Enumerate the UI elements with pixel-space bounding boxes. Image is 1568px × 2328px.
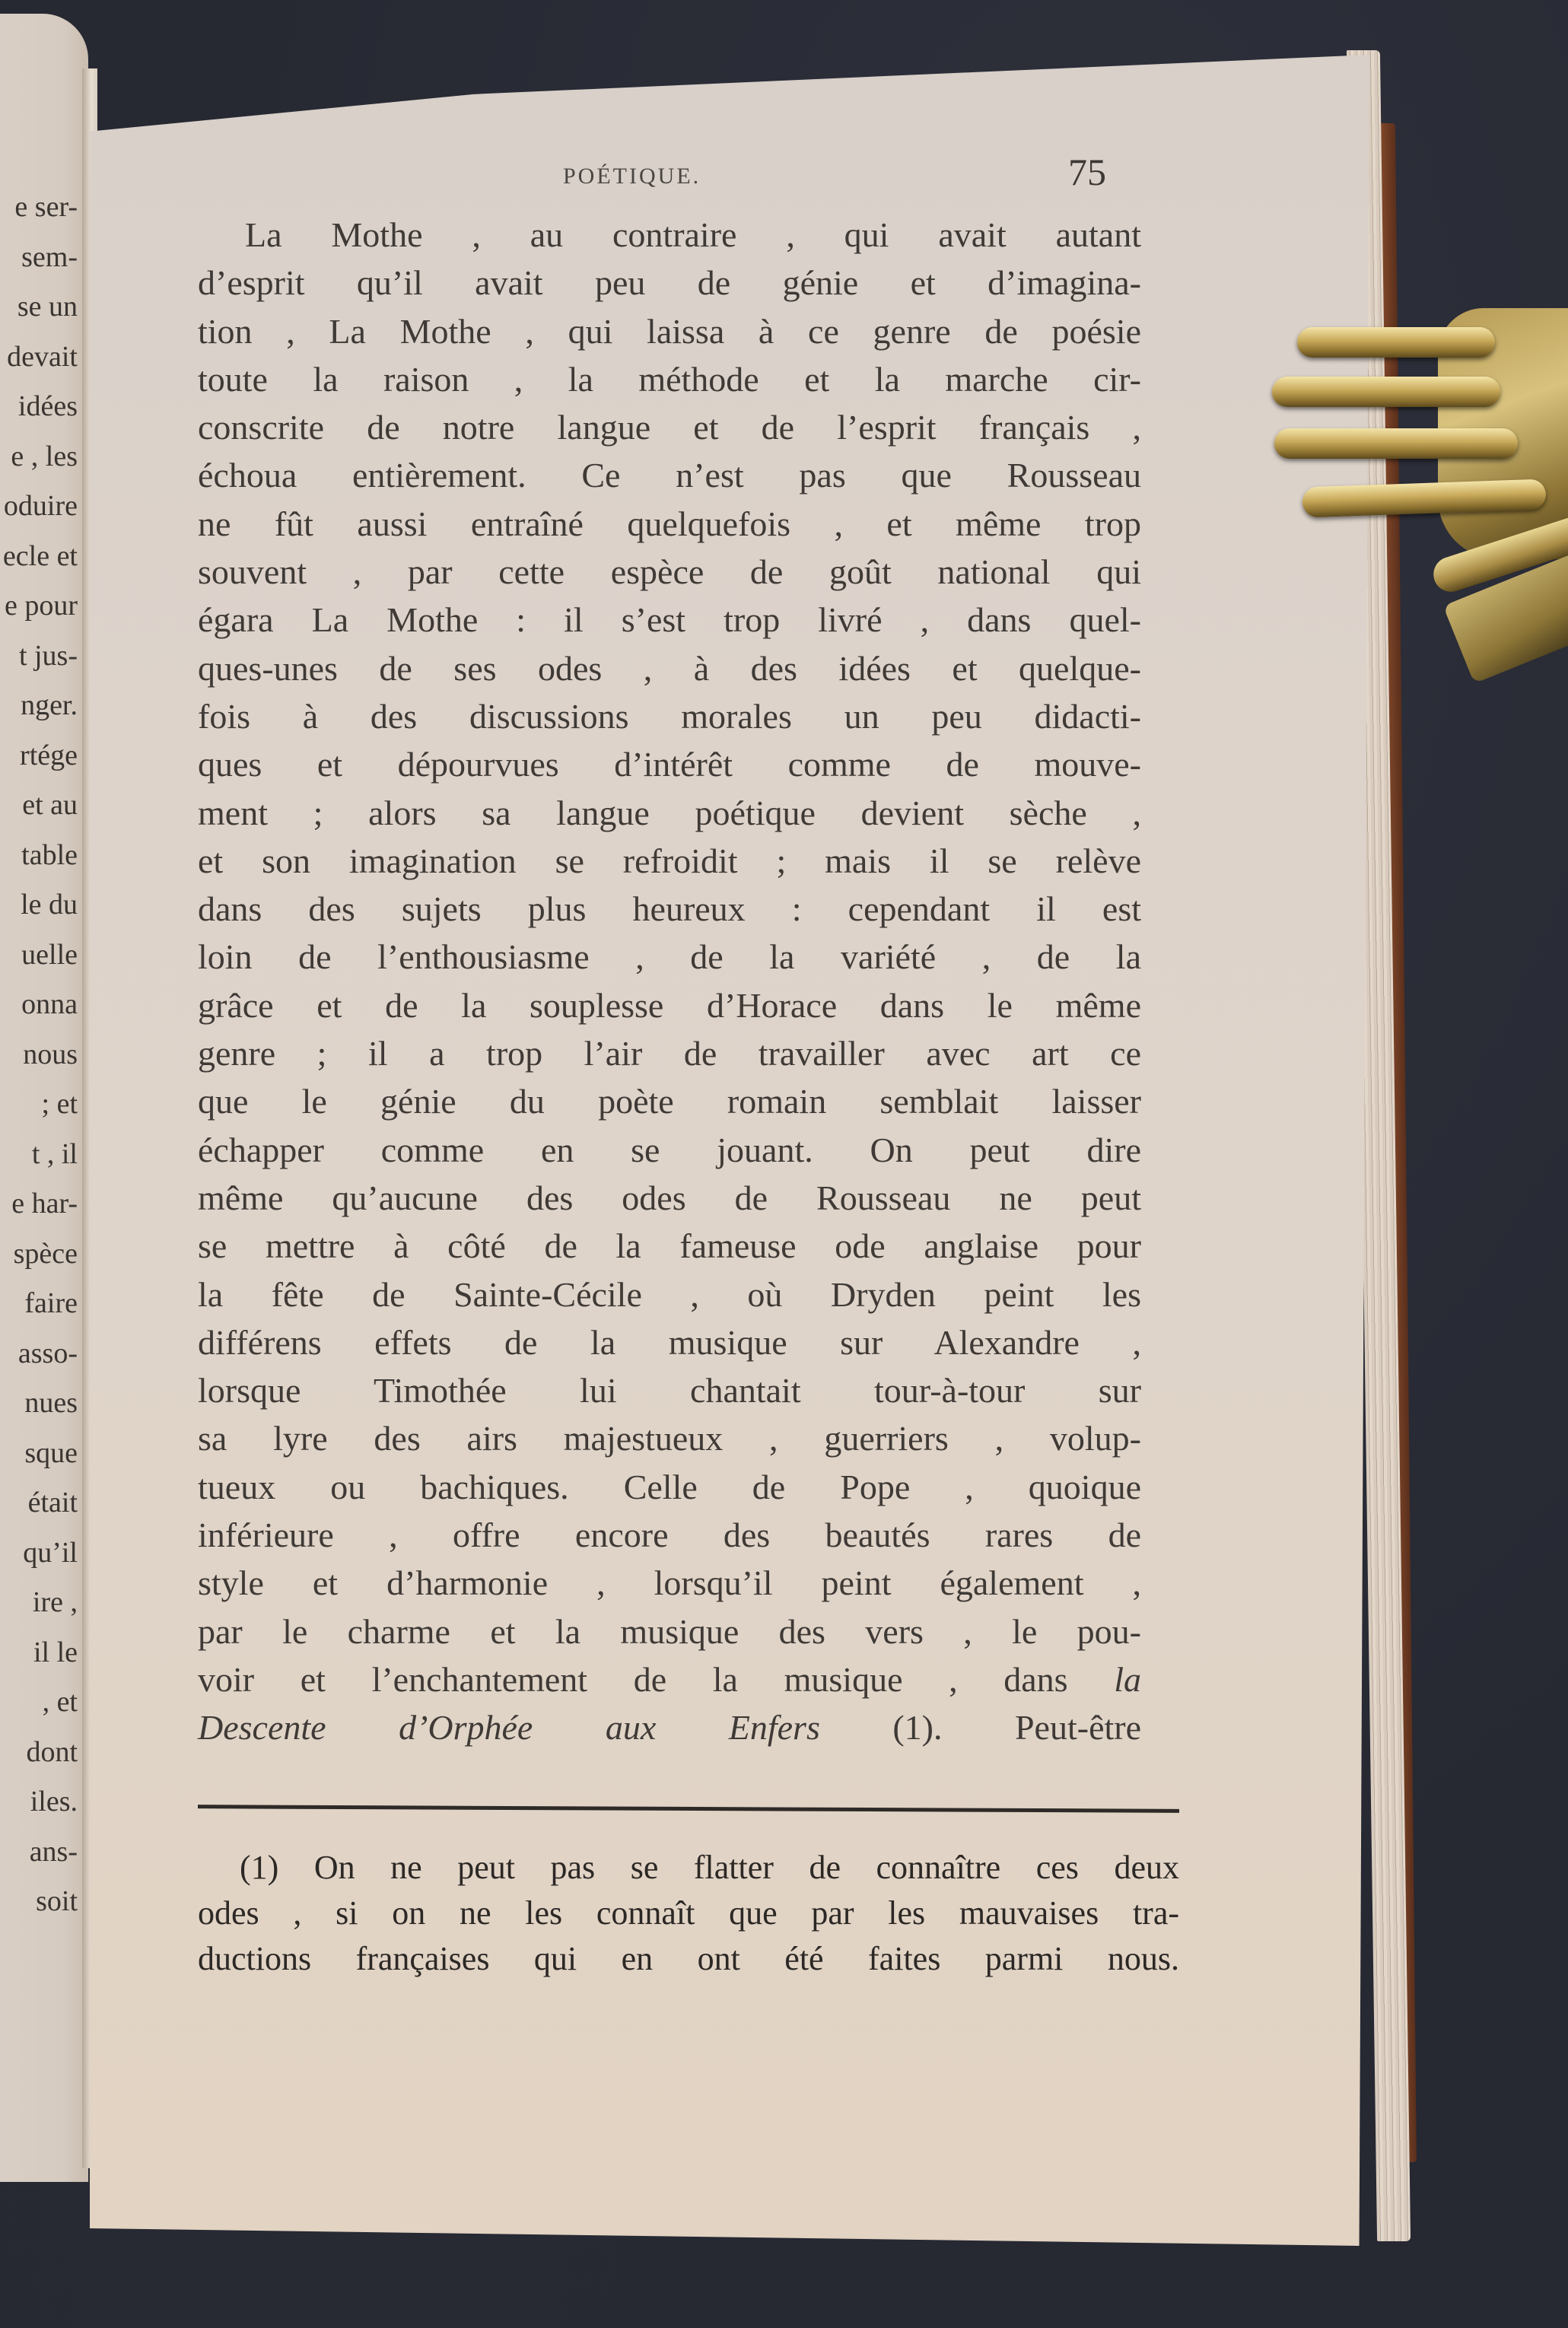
left-fragment: qu’il: [0, 1528, 78, 1579]
text-line: échapper comme en se jouant. On peut dir…: [198, 1126, 1141, 1174]
text-line: ne fût aussi entraîné quelquefois , et m…: [198, 500, 1141, 548]
italic-title: Descente d’Orphée aux Enfers: [198, 1708, 820, 1747]
left-fragment: oduire: [0, 482, 78, 532]
left-fragment: soit: [0, 1877, 78, 1927]
left-fragment: e , les: [0, 432, 78, 482]
left-fragment: se un: [0, 282, 78, 332]
footnote-line: odes , si on ne les connaît que par les …: [198, 1891, 1179, 1936]
left-fragment: le du: [0, 880, 78, 930]
left-fragment: était: [0, 1478, 78, 1528]
left-fragment: nues: [0, 1379, 78, 1429]
text-line-with-italic: voir et l’enchantement de la musique , d…: [198, 1655, 1141, 1703]
left-fragment: sem-: [0, 233, 78, 283]
left-fragment: spèce: [0, 1229, 78, 1280]
text-line: et son imagination se refroidit ; mais i…: [198, 837, 1141, 885]
text-line: style et d’harmonie , lorsqu’il peint ég…: [198, 1559, 1141, 1607]
left-fragment: ecle et: [0, 532, 78, 582]
text-line: inférieure , offre encore des beautés ra…: [198, 1511, 1141, 1559]
left-fragment: table: [0, 831, 78, 881]
left-fragment: sque: [0, 1429, 78, 1479]
footnote-separator-rule: [198, 1805, 1179, 1813]
clip-finger: [1272, 377, 1500, 407]
left-fragment: il le: [0, 1628, 78, 1678]
text-line: sa lyre des airs majestueux , guerriers …: [198, 1414, 1141, 1462]
text-line: genre ; il a trop l’air de travailler av…: [198, 1029, 1141, 1077]
left-fragment: dont: [0, 1728, 78, 1778]
footnote-line: (1) On ne peut pas se flatter de connaît…: [198, 1845, 1179, 1891]
text-line: même qu’aucune des odes de Rousseau ne p…: [198, 1174, 1141, 1222]
left-fragment: , et: [0, 1678, 78, 1728]
text-line: toute la raison , la méthode et la march…: [198, 355, 1141, 403]
left-fragment: et au: [0, 781, 78, 831]
text-line: différens effets de la musique sur Alexa…: [198, 1318, 1141, 1366]
left-fragment: asso-: [0, 1329, 78, 1379]
footnote-reference-and-text: (1). Peut-être: [892, 1708, 1141, 1747]
text-line: conscrite de notre langue et de l’esprit…: [198, 403, 1141, 451]
text-line: d’esprit qu’il avait peu de génie et d’i…: [198, 259, 1141, 307]
left-fragment: t jus-: [0, 631, 78, 682]
left-fragment: idées: [0, 382, 78, 432]
left-fragment: nous: [0, 1030, 78, 1080]
left-page-text-fragments: e ser- sem- se un devait idées e , les o…: [0, 183, 78, 1927]
text-line: échoua entièrement. Ce n’est pas que Rou…: [198, 451, 1141, 499]
text-segment: voir et l’enchantement de la musique , d…: [198, 1660, 1068, 1699]
text-line: grâce et de la souplesse d’Horace dans l…: [198, 981, 1141, 1029]
clip-finger: [1297, 327, 1495, 358]
footnote: (1) On ne peut pas se flatter de connaît…: [198, 1845, 1179, 1982]
left-page: e ser- sem- se un devait idées e , les o…: [0, 14, 88, 2182]
left-fragment: nger.: [0, 681, 78, 731]
left-fragment: ans-: [0, 1827, 78, 1878]
left-fragment: e ser-: [0, 183, 78, 233]
text-line: ques et dépourvues d’intérêt comme de mo…: [198, 740, 1141, 788]
text-line: que le génie du poète romain semblait la…: [198, 1077, 1141, 1125]
brass-hand-page-clip-icon: [1248, 293, 1568, 650]
page-content: POÉTIQUE. 75 La Mothe , au contraire , q…: [198, 150, 1141, 1982]
left-fragment: uelle: [0, 930, 78, 981]
italic-title-start: la: [1114, 1660, 1141, 1699]
left-fragment: e har-: [0, 1179, 78, 1229]
left-fragment: faire: [0, 1279, 78, 1329]
body-text: La Mothe , au contraire , qui avait auta…: [198, 211, 1141, 1752]
text-line: se mettre à côté de la fameuse ode angla…: [198, 1222, 1141, 1270]
running-title: POÉTIQUE.: [563, 164, 701, 189]
text-line-with-italic: Descente d’Orphée aux Enfers (1). Peut-ê…: [198, 1703, 1141, 1751]
text-line: tueux ou bachiques. Celle de Pope , quoi…: [198, 1463, 1141, 1511]
left-fragment: rtége: [0, 731, 78, 781]
text-line: lorsque Timothée lui chantait tour-à-tou…: [198, 1366, 1141, 1414]
text-line: la fête de Sainte-Cécile , où Dryden pei…: [198, 1271, 1141, 1318]
left-fragment: ; et: [0, 1080, 78, 1130]
left-fragment: ire ,: [0, 1578, 78, 1628]
running-head: POÉTIQUE. 75: [198, 150, 1141, 203]
left-fragment: devait: [0, 332, 78, 383]
text-line: ques-unes de ses odes , à des idées et q…: [198, 644, 1141, 692]
right-page: POÉTIQUE. 75 La Mothe , au contraire , q…: [90, 55, 1369, 2246]
left-fragment: t , il: [0, 1130, 78, 1180]
clip-finger: [1274, 428, 1518, 459]
text-line: souvent , par cette espèce de goût natio…: [198, 548, 1141, 596]
left-fragment: e pour: [0, 581, 78, 631]
text-line: fois à des discussions morales un peu di…: [198, 692, 1141, 740]
text-line: dans des sujets plus heureux : cependant…: [198, 885, 1141, 933]
text-line: La Mothe , au contraire , qui avait auta…: [198, 211, 1141, 259]
left-fragment: iles.: [0, 1777, 78, 1827]
page-number: 75: [1068, 150, 1106, 194]
text-line: par le charme et la musique des vers , l…: [198, 1608, 1141, 1655]
footnote-line: ductions françaises qui en ont été faite…: [198, 1936, 1179, 1982]
text-line: ment ; alors sa langue poétique devient …: [198, 789, 1141, 837]
text-line: égara La Mothe : il s’est trop livré , d…: [198, 596, 1141, 644]
left-fragment: onna: [0, 980, 78, 1030]
text-line: loin de l’enthousiasme , de la variété ,…: [198, 933, 1141, 981]
text-line: tion , La Mothe , qui laissa à ce genre …: [198, 307, 1141, 355]
